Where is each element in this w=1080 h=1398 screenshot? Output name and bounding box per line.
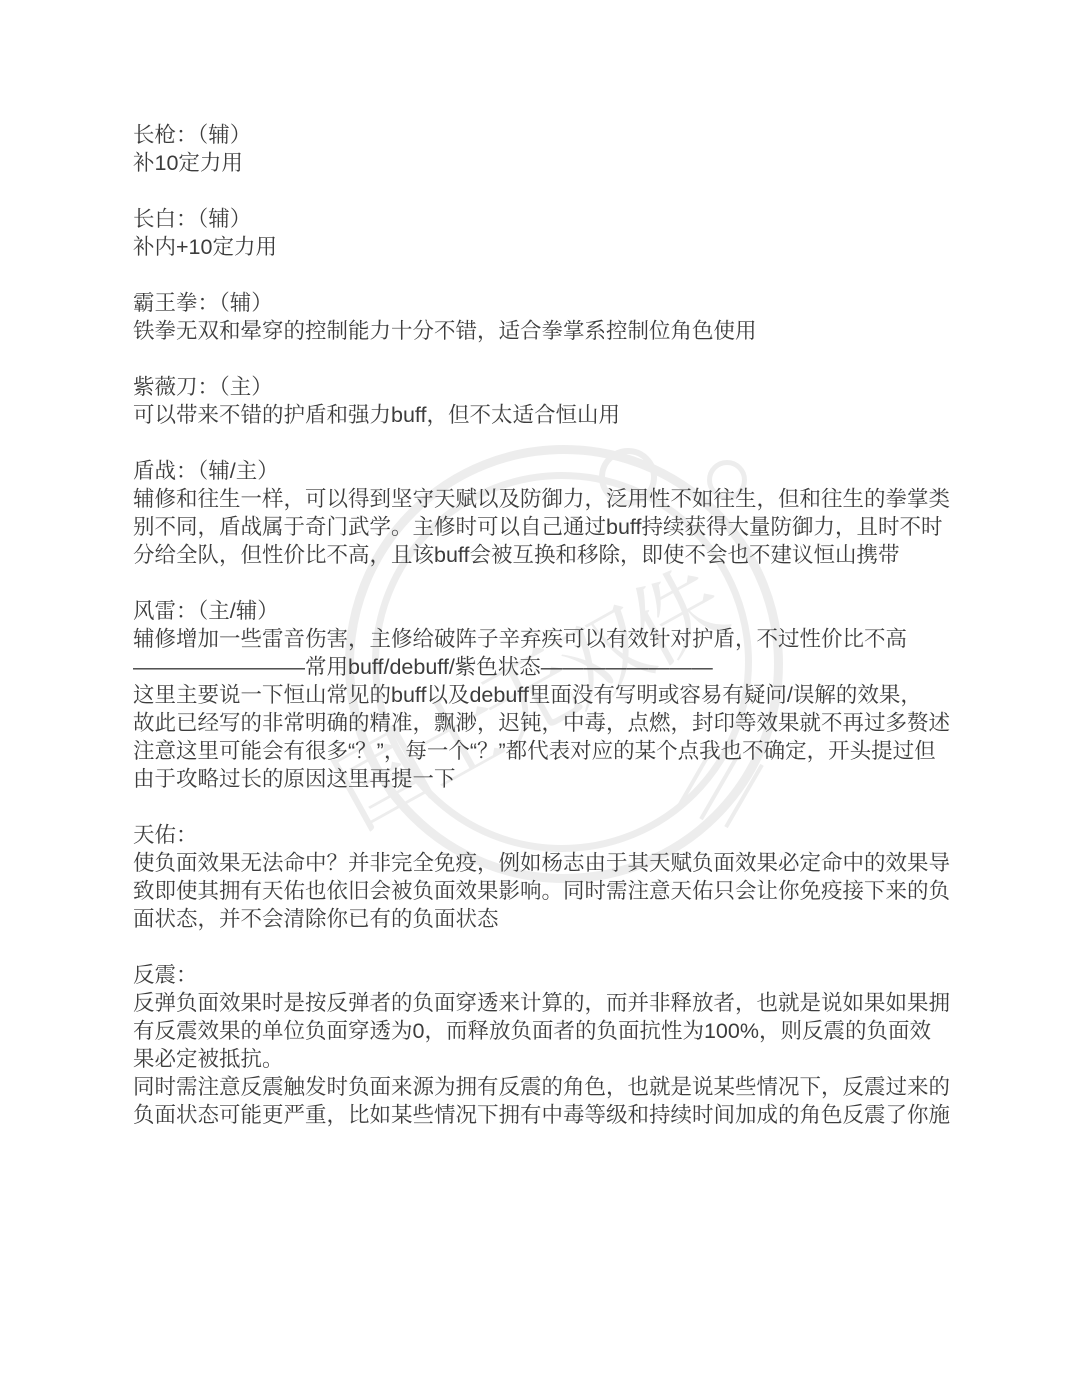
weapon-entry: 长枪：（辅） 补10定力用: [133, 121, 1033, 177]
weapon-description: 补内+10定力用: [133, 233, 1033, 261]
weapon-entry: 风雷：（主/辅） 辅修增加一些雷音伤害，主修给破阵子辛弃疾可以有效针对护盾，不过…: [133, 597, 1033, 653]
section-divider: ————————常用buff/debuff/紫色状态————————: [133, 653, 1033, 681]
weapon-title: 风雷：（主/辅）: [133, 597, 1033, 625]
buff-section-intro: 这里主要说一下恒山常见的buff以及debuff里面没有写明或容易有疑问/误解的…: [133, 681, 1033, 737]
weapon-title: 霸王拳：（辅）: [133, 289, 1033, 317]
status-entry: 反震： 反弹负面效果时是按反弹者的负面穿透来计算的，而并非释放者，也就是说如果如…: [133, 961, 1033, 1129]
weapon-description: 补10定力用: [133, 149, 1033, 177]
weapon-entry: 紫薇刀：（主） 可以带来不错的护盾和强力buff，但不太适合恒山用: [133, 373, 1033, 429]
weapon-description: 辅修和往生一样，可以得到坚守天赋以及防御力，泛用性不如往生，但和往生的拳掌类 别…: [133, 485, 1033, 569]
weapon-entry: 霸王拳：（辅） 铁拳无双和晕穿的控制能力十分不错，适合拳掌系控制位角色使用: [133, 289, 1033, 345]
weapon-entry: 盾战：（辅/主） 辅修和往生一样，可以得到坚守天赋以及防御力，泛用性不如往生，但…: [133, 457, 1033, 569]
status-description: 反弹负面效果时是按反弹者的负面穿透来计算的，而并非释放者，也就是说如果如果拥 有…: [133, 989, 1033, 1129]
weapon-description: 铁拳无双和晕穿的控制能力十分不错，适合拳掌系控制位角色使用: [133, 317, 1033, 345]
weapon-title: 长枪：（辅）: [133, 121, 1033, 149]
weapon-description: 可以带来不错的护盾和强力buff，但不太适合恒山用: [133, 401, 1033, 429]
weapon-description: 辅修增加一些雷音伤害，主修给破阵子辛弃疾可以有效针对护盾，不过性价比不高: [133, 625, 1033, 653]
weapon-title: 紫薇刀：（主）: [133, 373, 1033, 401]
weapon-title: 盾战：（辅/主）: [133, 457, 1033, 485]
buff-section-note: 注意这里可能会有很多“？”，每一个“？”都代表对应的某个点我也不确定，开头提过但…: [133, 737, 1033, 793]
status-title: 反震：: [133, 961, 1033, 989]
document-body: 长枪：（辅） 补10定力用 长白：（辅） 补内+10定力用 霸王拳：（辅） 铁拳…: [133, 121, 1033, 1129]
status-entry: 天佑： 使负面效果无法命中？并非完全免疫，例如杨志由于其天赋负面效果必定命中的效…: [133, 821, 1033, 933]
status-title: 天佑：: [133, 821, 1033, 849]
status-description: 使负面效果无法命中？并非完全免疫，例如杨志由于其天赋负面效果必定命中的效果导 致…: [133, 849, 1033, 933]
weapon-title: 长白：（辅）: [133, 205, 1033, 233]
weapon-entry: 长白：（辅） 补内+10定力用: [133, 205, 1033, 261]
